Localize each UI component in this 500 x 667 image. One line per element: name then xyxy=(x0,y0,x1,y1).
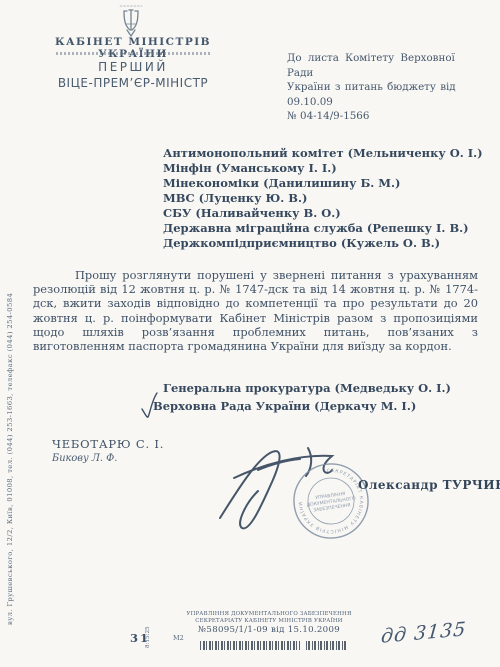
letterhead-address-vertical: вул. Грушевського, 12/2, Київ, 01008, те… xyxy=(6,333,14,625)
trident-emblem-icon xyxy=(112,2,150,38)
sender-title-line1: ПЕРШИЙ xyxy=(25,60,241,74)
signer-name: Олександр ТУРЧИНОВ xyxy=(358,478,500,492)
addressee-item: Мінекономіки (Данилишину Б. М.) xyxy=(163,176,483,191)
addressee-item: Антимонопольний комітет (Мельниченку О. … xyxy=(163,146,483,161)
addressee-item: Держкомпідприємництво (Кужель О. В.) xyxy=(163,236,483,251)
registration-stamp: УПРАВЛІННЯ ДОКУМЕНТАЛЬНОГО ЗАБЕЗПЕЧЕННЯ … xyxy=(183,611,355,636)
decorative-rule xyxy=(56,52,210,55)
addressee-item: Мінфін (Уманському І. І.) xyxy=(163,161,483,176)
registration-time: 8:15:25 xyxy=(145,626,151,648)
letter-body-paragraph: Прошу розглянути порушені у звернені пит… xyxy=(33,268,478,353)
registration-stamp-line: СЕКРЕТАРІАТУ КАБІНЕТУ МІНІСТРІВ УКРАЇНИ xyxy=(183,618,355,625)
copy-recipient: Генеральна прокуратура (Медведьку О. І.) xyxy=(163,381,451,395)
executor-name: ЧЕБОТАРЮ С. І. xyxy=(52,437,164,451)
handwritten-checkmark-icon xyxy=(140,392,158,422)
reference-line: України з питань бюджету від 09.10.09 xyxy=(287,80,479,109)
addressee-item: СБУ (Наливайченку В. О.) xyxy=(163,206,483,221)
reference-number: № 04-14/9-1566 xyxy=(287,109,479,124)
sender-title-line2: ВІЦЕ-ПРЕМ’ЄР-МІНІСТР xyxy=(25,76,241,90)
addressee-item: МВС (Луценку Ю. В.) xyxy=(163,191,483,206)
reference-line: До листа Комітету Верховної Ради xyxy=(287,51,479,80)
executor-name-handwritten: Бикову Л. Ф. xyxy=(52,453,117,464)
copy-recipient: Верховна Рада України (Деркачу М. І.) xyxy=(153,399,416,413)
handwritten-registration-number: дд 3135 xyxy=(380,618,467,648)
scanned-letter-page: КАБІНЕТ МІНІСТРІВ УКРАЇНИ ПЕРШИЙ ВІЦЕ-ПР… xyxy=(0,0,500,667)
registration-number: №58095/1/1-09 від 15.10.2009 xyxy=(183,625,355,636)
addressee-list: Антимонопольний комітет (Мельниченку О. … xyxy=(163,146,483,251)
org-name: КАБІНЕТ МІНІСТРІВ УКРАЇНИ xyxy=(25,36,241,60)
reference-block: До листа Комітету Верховної Ради України… xyxy=(287,51,479,124)
barcode xyxy=(200,641,300,650)
barcode xyxy=(306,641,348,650)
registration-stamp-line: УПРАВЛІННЯ ДОКУМЕНТАЛЬНОГО ЗАБЕЗПЕЧЕННЯ xyxy=(183,611,355,618)
addressee-item: Державна міграційна служба (Репешку І. В… xyxy=(163,221,483,236)
round-stamp-icon: СЕКРЕТАРІАТ КАБІНЕТУ МІНІСТРІВ УКРАЇНИ У… xyxy=(286,456,376,546)
